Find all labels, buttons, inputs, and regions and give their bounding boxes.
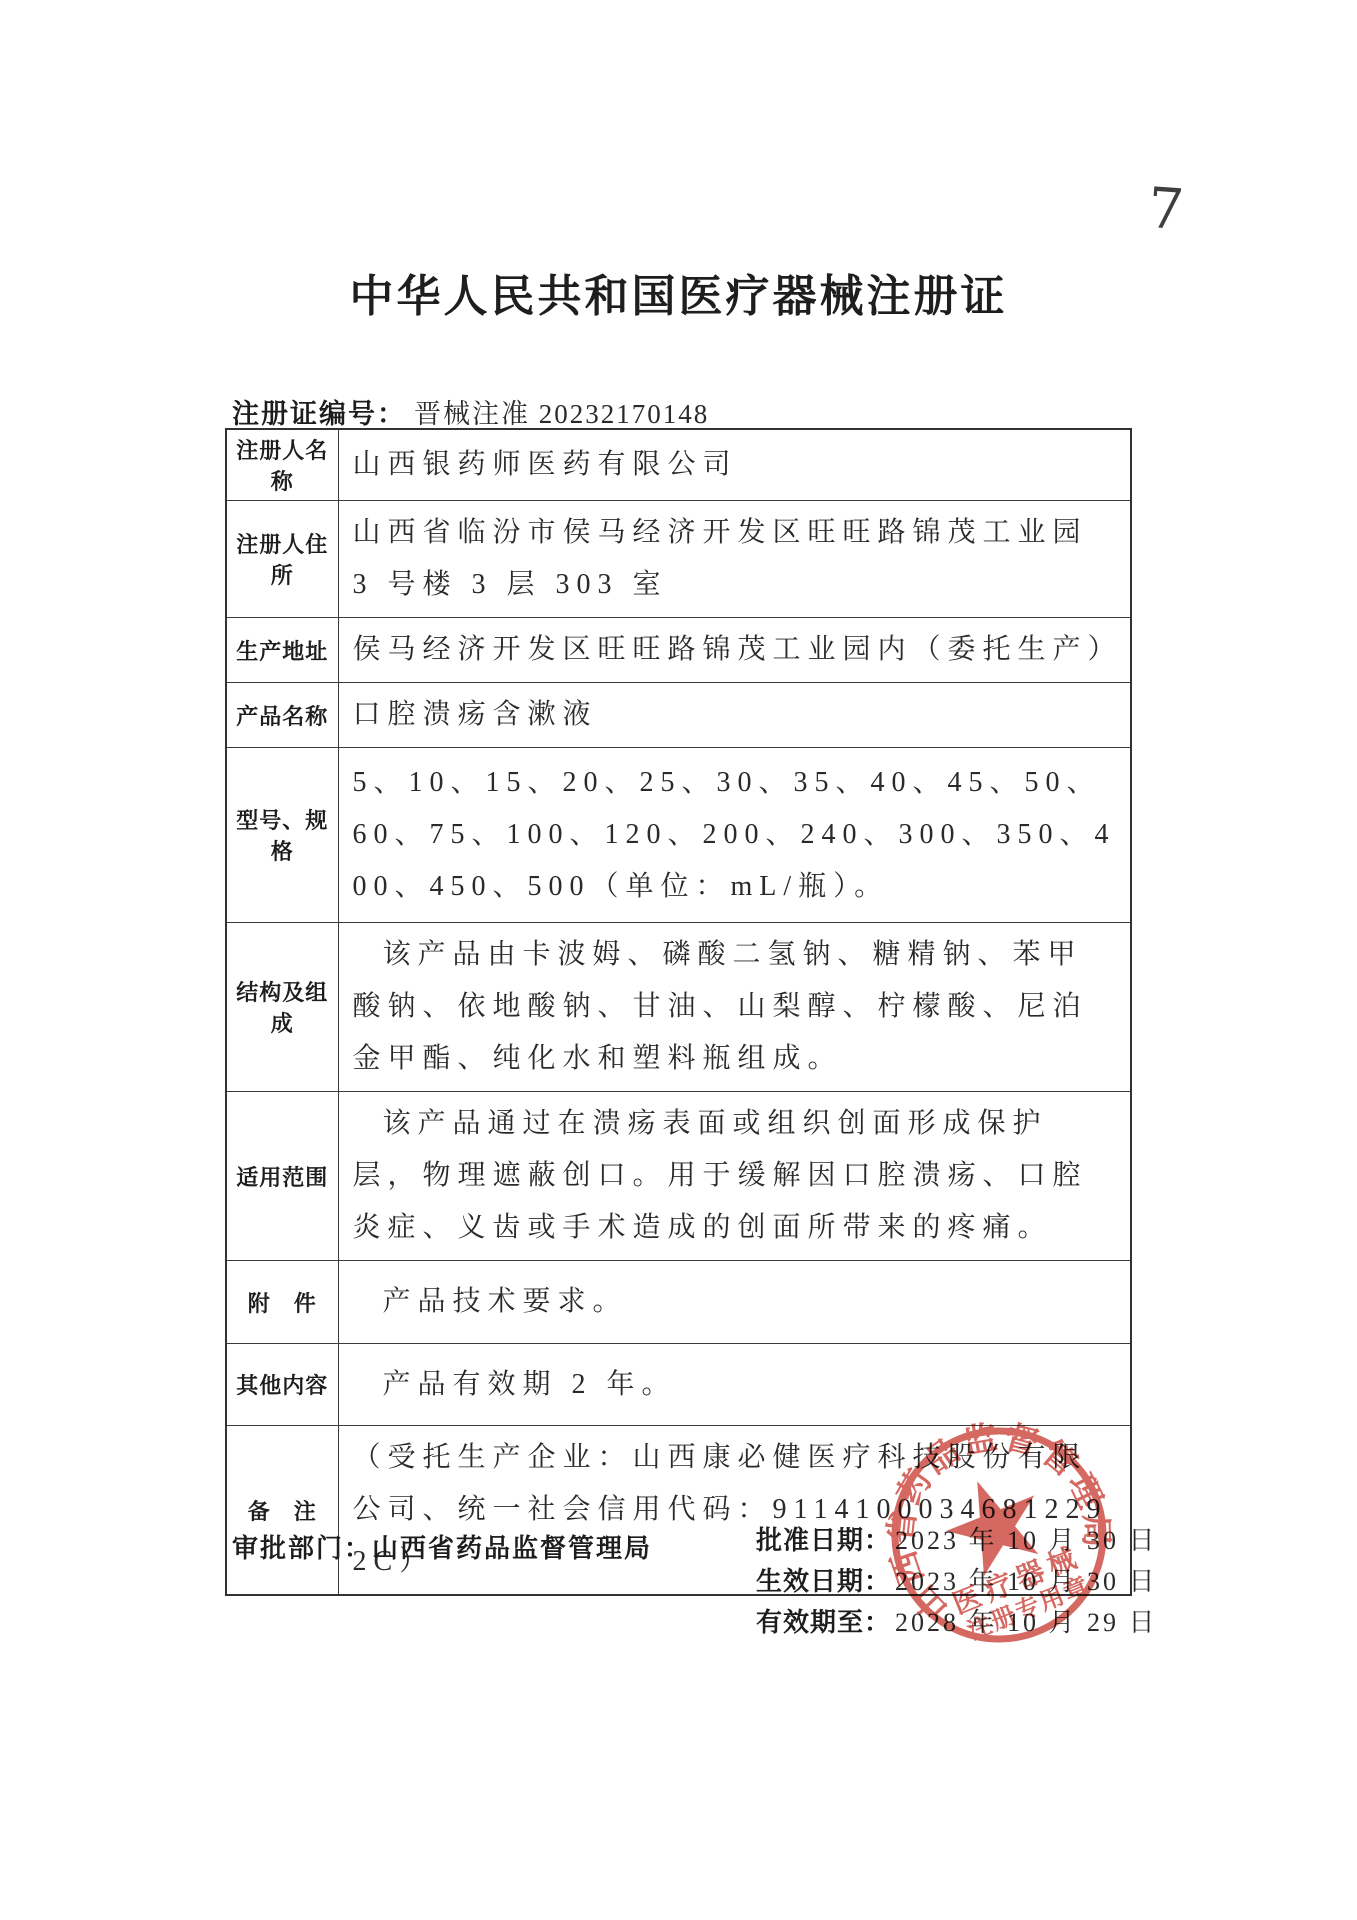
dates-block: 批准日期：2023 年 10 月 30 日 生效日期：2023 年 10 月 3… — [756, 1520, 1158, 1643]
expiry-date-value: 2028 年 10 月 29 日 — [895, 1608, 1158, 1637]
cert-table-body: 注册人名称山西银药师医药有限公司注册人住所山西省临汾市侯马经济开发区旺旺路锦茂工… — [226, 429, 1131, 1595]
approval-department-label: 审批部门： — [232, 1533, 372, 1563]
row-value: 山西银药师医药有限公司 — [338, 429, 1131, 501]
row-label: 结构及组成 — [226, 923, 338, 1092]
approval-department-line: 审批部门：山西省药品监督管理局 — [232, 1528, 652, 1565]
table-row: 注册人住所山西省临汾市侯马经济开发区旺旺路锦茂工业园 3 号楼 3 层 303 … — [226, 501, 1131, 618]
effective-date-label: 生效日期： — [756, 1566, 891, 1596]
certificate-number-value: 晋械注准 20232170148 — [414, 399, 709, 429]
table-row: 产品名称口腔溃疡含漱液 — [226, 683, 1131, 748]
effective-date-line: 生效日期：2023 年 10 月 30 日 — [756, 1561, 1158, 1602]
approval-date-line: 批准日期：2023 年 10 月 30 日 — [756, 1520, 1158, 1561]
table-row: 适用范围该产品通过在溃疡表面或组织创面形成保护层，物理遮蔽创口。用于缓解因口腔溃… — [226, 1092, 1131, 1261]
table-row: 注册人名称山西银药师医药有限公司 — [226, 429, 1131, 501]
certificate-page: 7 中华人民共和国医疗器械注册证 注册证编号：晋械注准 20232170148 … — [0, 0, 1357, 1920]
row-label: 生产地址 — [226, 618, 338, 683]
row-label: 型号、规格 — [226, 748, 338, 923]
expiry-date-line: 有效期至：2028 年 10 月 29 日 — [756, 1602, 1158, 1643]
approval-department-value: 山西省药品监督管理局 — [372, 1533, 652, 1563]
table-row: 型号、规格5、10、15、20、25、30、35、40、45、50、60、75、… — [226, 748, 1131, 923]
row-value: 5、10、15、20、25、30、35、40、45、50、60、75、100、1… — [338, 748, 1131, 923]
table-row: 附 件产品技术要求。 — [226, 1261, 1131, 1344]
row-value: 侯马经济开发区旺旺路锦茂工业园内（委托生产） — [338, 618, 1131, 683]
expiry-date-label: 有效期至： — [756, 1607, 891, 1637]
effective-date-value: 2023 年 10 月 30 日 — [895, 1567, 1158, 1596]
row-value: 该产品通过在溃疡表面或组织创面形成保护层，物理遮蔽创口。用于缓解因口腔溃疡、口腔… — [338, 1092, 1131, 1261]
row-value: 产品技术要求。 — [338, 1261, 1131, 1344]
certificate-number-label: 注册证编号： — [232, 399, 406, 429]
row-value: 山西省临汾市侯马经济开发区旺旺路锦茂工业园 3 号楼 3 层 303 室 — [338, 501, 1131, 618]
row-value: 产品有效期 2 年。 — [338, 1344, 1131, 1426]
row-value: 该产品由卡波姆、磷酸二氢钠、糖精钠、苯甲酸钠、依地酸钠、甘油、山梨醇、柠檬酸、尼… — [338, 923, 1131, 1092]
certificate-table: 注册人名称山西银药师医药有限公司注册人住所山西省临汾市侯马经济开发区旺旺路锦茂工… — [225, 428, 1132, 1596]
row-label: 其他内容 — [226, 1344, 338, 1426]
row-label: 产品名称 — [226, 683, 338, 748]
row-label: 适用范围 — [226, 1092, 338, 1261]
row-label: 备 注 — [226, 1426, 338, 1596]
row-label: 注册人名称 — [226, 429, 338, 501]
handwritten-page-number: 7 — [1146, 181, 1185, 239]
table-row: 生产地址侯马经济开发区旺旺路锦茂工业园内（委托生产） — [226, 618, 1131, 683]
row-label: 附 件 — [226, 1261, 338, 1344]
table-row: 结构及组成该产品由卡波姆、磷酸二氢钠、糖精钠、苯甲酸钠、依地酸钠、甘油、山梨醇、… — [226, 923, 1131, 1092]
approval-date-value: 2023 年 10 月 30 日 — [895, 1526, 1158, 1555]
table-row: 其他内容产品有效期 2 年。 — [226, 1344, 1131, 1426]
row-label: 注册人住所 — [226, 501, 338, 618]
certificate-number-line: 注册证编号：晋械注准 20232170148 — [232, 392, 709, 431]
approval-date-label: 批准日期： — [756, 1525, 891, 1555]
page-title: 中华人民共和国医疗器械注册证 — [225, 260, 1132, 324]
row-value: 口腔溃疡含漱液 — [338, 683, 1131, 748]
